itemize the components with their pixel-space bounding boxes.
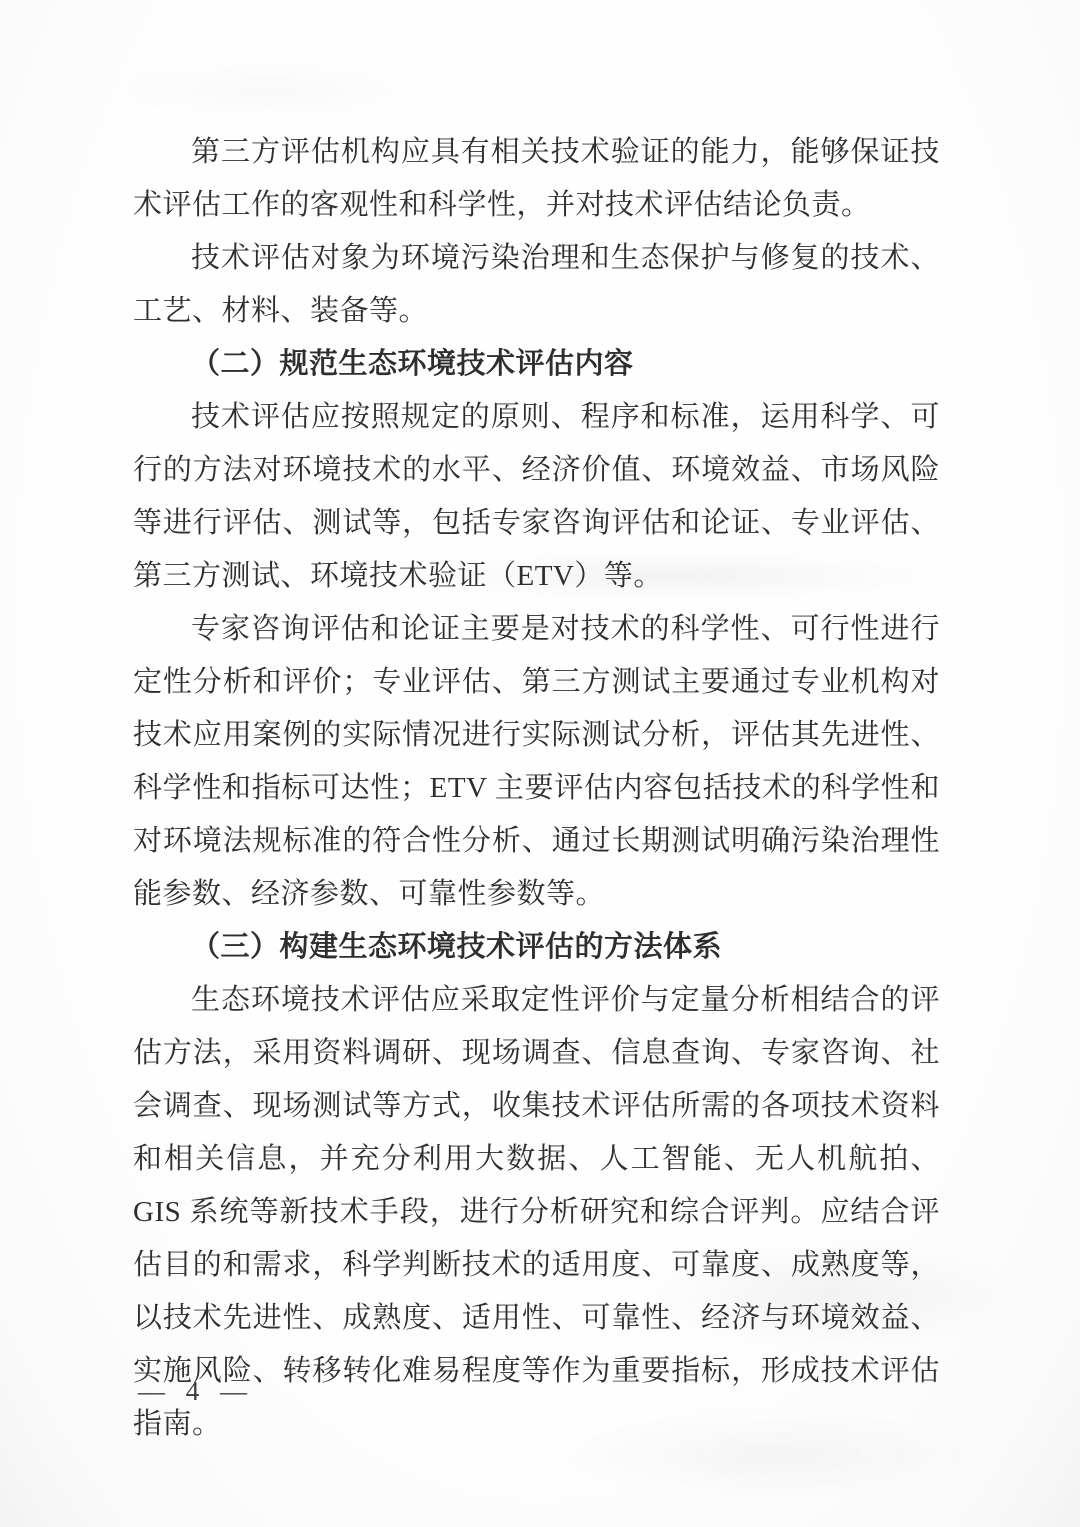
section-heading-3: （三）构建生态环境技术评估的方法体系: [133, 921, 940, 974]
document-page: 第三方评估机构应具有相关技术验证的能力，能够保证技术评估工作的客观性和科学性，并…: [0, 0, 1080, 1527]
paragraph-evaluation-content: 技术评估应按照规定的原则、程序和标准，运用科学、可行的方法对环境技术的水平、经济…: [133, 391, 940, 603]
paragraph-method-system: 生态环境技术评估应采取定性评价与定量分析相结合的评估方法，采用资料调研、现场调查…: [133, 974, 940, 1451]
paragraph-third-party-capability: 第三方评估机构应具有相关技术验证的能力，能够保证技术评估工作的客观性和科学性，并…: [133, 126, 940, 232]
section-heading-2: （二）规范生态环境技术评估内容: [133, 338, 940, 391]
document-body: 第三方评估机构应具有相关技术验证的能力，能够保证技术评估工作的客观性和科学性，并…: [133, 126, 940, 1451]
paragraph-expert-consultation: 专家咨询评估和论证主要是对技术的科学性、可行性进行定性分析和评价；专业评估、第三…: [133, 603, 940, 921]
page-number: — 4 —: [138, 1376, 249, 1407]
scan-artifact: [120, 60, 420, 120]
paragraph-evaluation-targets: 技术评估对象为环境污染治理和生态保护与修复的技术、工艺、材料、装备等。: [133, 232, 940, 338]
